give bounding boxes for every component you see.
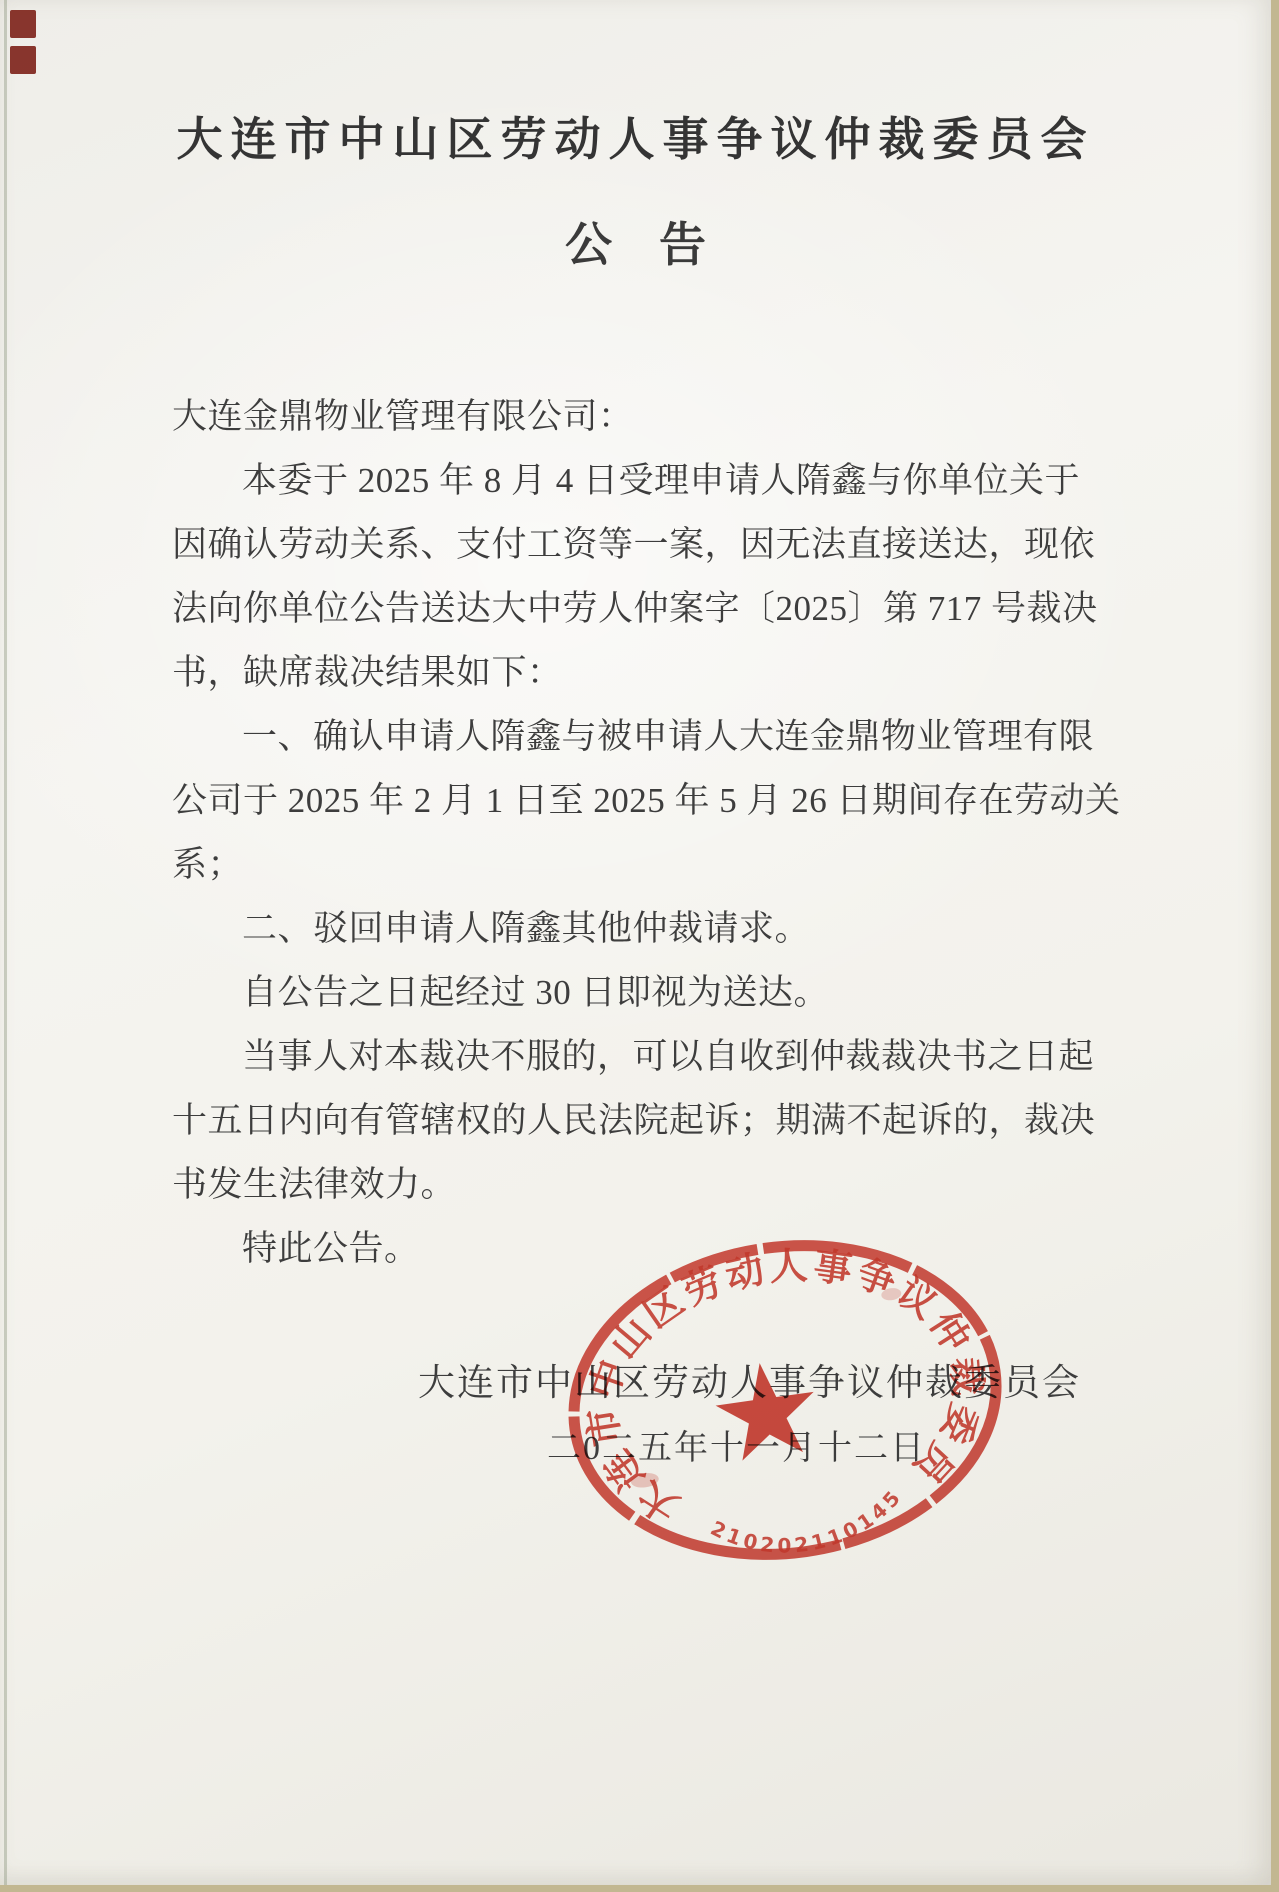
corner-mark — [10, 10, 36, 38]
official-seal-stamp: 大连市中山区劳动人事争议仲裁委员会 2102021101452 — [550, 1225, 1020, 1575]
body-line: 一、确认申请人隋鑫与被申请人大连金鼎物业管理有限 — [172, 705, 1132, 769]
body-line: 本委于 2025 年 8 月 4 日受理申请人隋鑫与你单位关于 — [172, 449, 1132, 513]
body-line: 二、驳回申请人隋鑫其他仲裁请求。 — [172, 897, 1132, 961]
body-line: 系； — [172, 833, 1132, 897]
body-line: 书发生法律效力。 — [172, 1153, 1132, 1217]
seal-star-icon — [711, 1356, 822, 1463]
body-line: 书，缺席裁决结果如下： — [172, 641, 1132, 705]
body-line: 十五日内向有管辖权的人民法院起诉；期满不起诉的，裁决 — [172, 1089, 1132, 1153]
body-line: 自公告之日起经过 30 日即视为送达。 — [172, 961, 1132, 1025]
body-line: 当事人对本裁决不服的，可以自收到仲裁裁决书之日起 — [172, 1025, 1132, 1089]
paper-left-edge — [4, 0, 7, 1885]
notice-paper: 大连市中山区劳动人事争议仲裁委员会 公 告 大连金鼎物业管理有限公司： 本委于 … — [0, 0, 1271, 1885]
corner-mark — [10, 46, 36, 74]
recipient-line: 大连金鼎物业管理有限公司： — [172, 385, 1132, 449]
body-line: 法向你单位公告送达大中劳人仲案字〔2025〕第 717 号裁决 — [172, 577, 1132, 641]
issuer-title: 大连市中山区劳动人事争议仲裁委员会 — [0, 103, 1271, 169]
notice-body: 大连金鼎物业管理有限公司： 本委于 2025 年 8 月 4 日受理申请人隋鑫与… — [172, 385, 1132, 1281]
notice-title: 公 告 — [0, 208, 1271, 275]
body-line: 公司于 2025 年 2 月 1 日至 2025 年 5 月 26 日期间存在劳… — [172, 769, 1132, 833]
body-line: 因确认劳动关系、支付工资等一案，因无法直接送达，现依 — [172, 513, 1132, 577]
